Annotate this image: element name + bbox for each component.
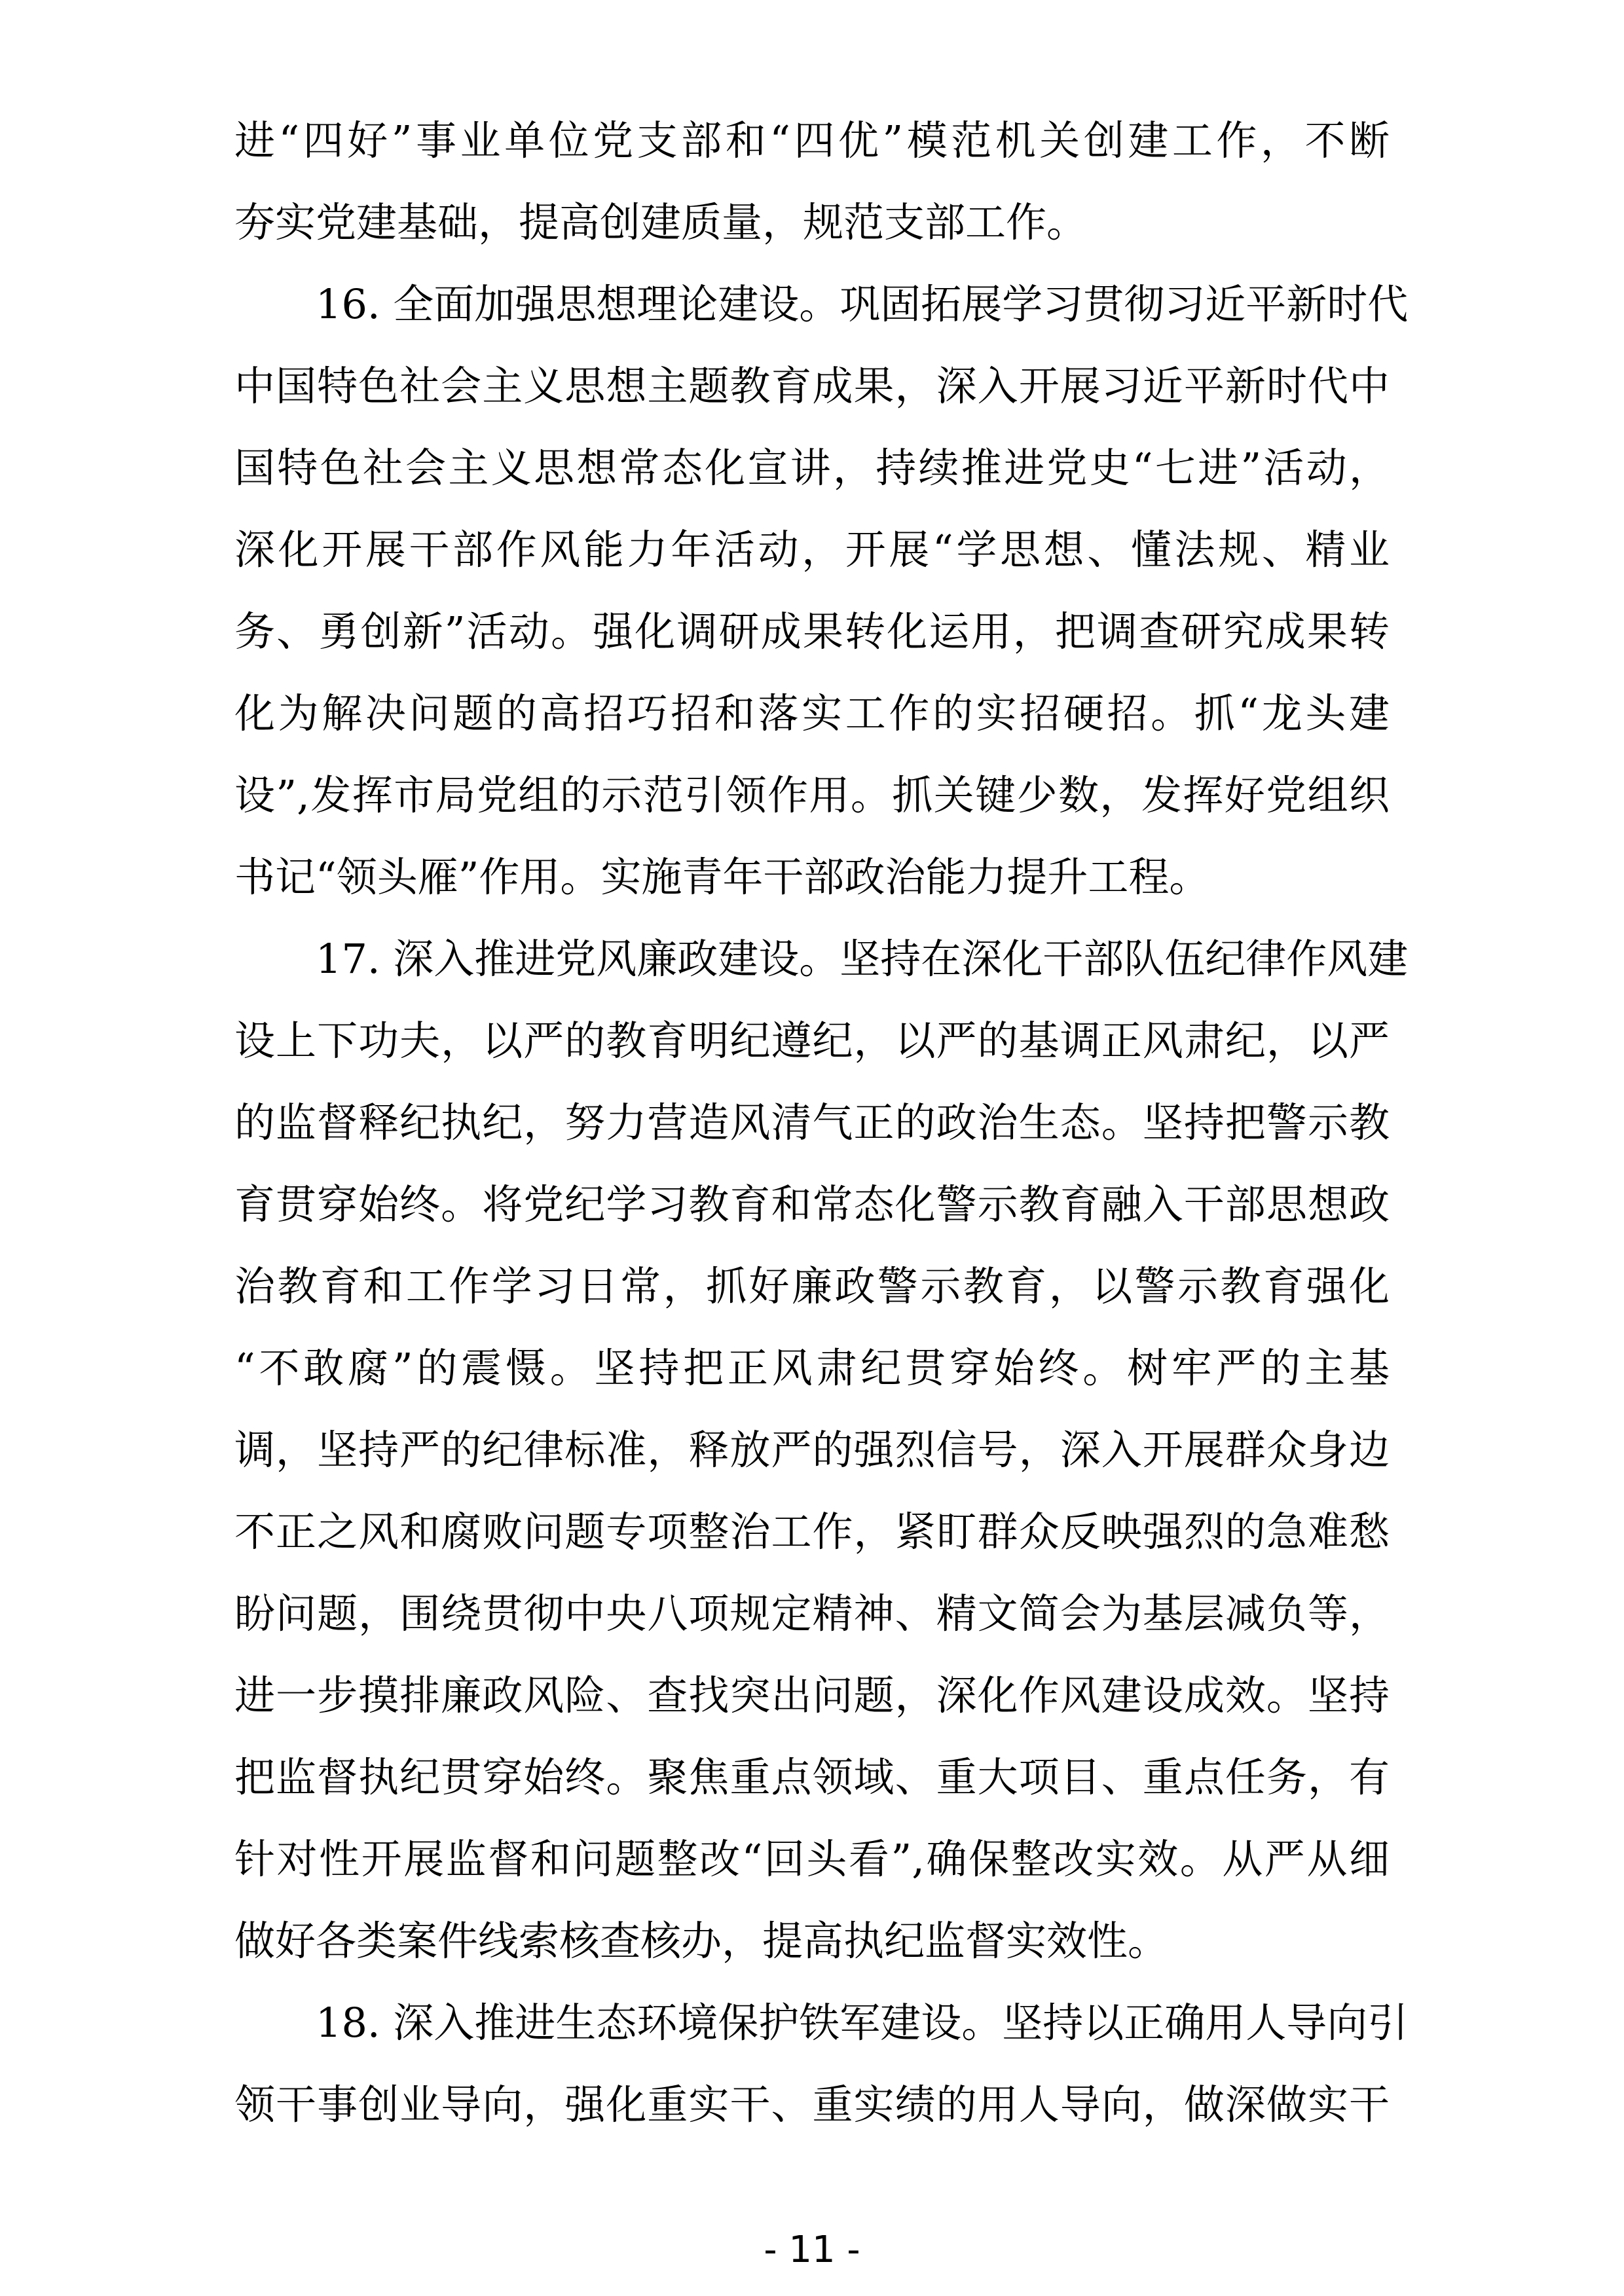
text-line: 书记“领头雁”作用。实施青年干部政治能力提升工程。 [234,836,1390,918]
text-line: 盼问题，围绕贯彻中央八项规定精神、精文简会为基层减负等， [234,1573,1390,1654]
text-line: 设上下功夫，以严的教育明纪遵纪，以严的基调正风肃纪，以严 [234,1000,1390,1082]
page-number: - 11 - [0,2232,1624,2269]
text-line: 不正之风和腐败问题专项整治工作，紧盯群众反映强烈的急难愁 [234,1491,1390,1573]
text-line: 进“四好”事业单位党支部和“四优”模范机关创建工作，不断 [234,100,1390,181]
text-line: 治教育和工作学习日常，抓好廉政警示教育，以警示教育强化 [234,1245,1390,1327]
text-line: 领干事创业导向，强化重实干、重实绩的用人导向，做深做实干 [234,2064,1390,2145]
text-line: 设”,发挥市局党组的示范引领作用。抓关键少数，发挥好党组织 [234,754,1390,836]
text-line: 针对性开展监督和问题整改“回头看”,确保整改实效。从严从细 [234,1818,1390,1900]
text-line: 化为解决问题的高招巧招和落实工作的实招硬招。抓“龙头建 [234,672,1390,754]
text-line: 中国特色社会主义思想主题教育成果，深入开展习近平新时代中 [234,345,1390,427]
document-body: 进“四好”事业单位党支部和“四优”模范机关创建工作，不断夯实党建基础，提高创建质… [234,100,1390,2145]
text-line: 进一步摸排廉政风险、查找突出问题，深化作风建设成效。坚持 [234,1654,1390,1736]
document-page: 进“四好”事业单位党支部和“四优”模范机关创建工作，不断夯实党建基础，提高创建质… [0,0,1624,2296]
text-line: 17. 深入推进党风廉政建设。坚持在深化干部队伍纪律作风建 [234,918,1390,1000]
text-line: 务、勇创新”活动。强化调研成果转化运用，把调查研究成果转 [234,591,1390,672]
text-line: 18. 深入推进生态环境保护铁军建设。坚持以正确用人导向引 [234,1982,1390,2064]
text-line: “不敢腐”的震慑。坚持把正风肃纪贯穿始终。树牢严的主基 [234,1327,1390,1409]
text-line: 国特色社会主义思想常态化宣讲，持续推进党史“七进”活动， [234,427,1390,509]
text-line: 夯实党建基础，提高创建质量，规范支部工作。 [234,181,1390,263]
text-line: 调，坚持严的纪律标准，释放严的强烈信号，深入开展群众身边 [234,1409,1390,1491]
text-line: 把监督执纪贯穿始终。聚焦重点领域、重大项目、重点任务，有 [234,1736,1390,1818]
text-line: 育贯穿始终。将党纪学习教育和常态化警示教育融入干部思想政 [234,1163,1390,1245]
text-line: 16. 全面加强思想理论建设。巩固拓展学习贯彻习近平新时代 [234,263,1390,345]
text-line: 的监督释纪执纪，努力营造风清气正的政治生态。坚持把警示教 [234,1082,1390,1163]
text-line: 深化开展干部作风能力年活动，开展“学思想、懂法规、精业 [234,509,1390,591]
text-line: 做好各类案件线索核查核办，提高执纪监督实效性。 [234,1900,1390,1982]
